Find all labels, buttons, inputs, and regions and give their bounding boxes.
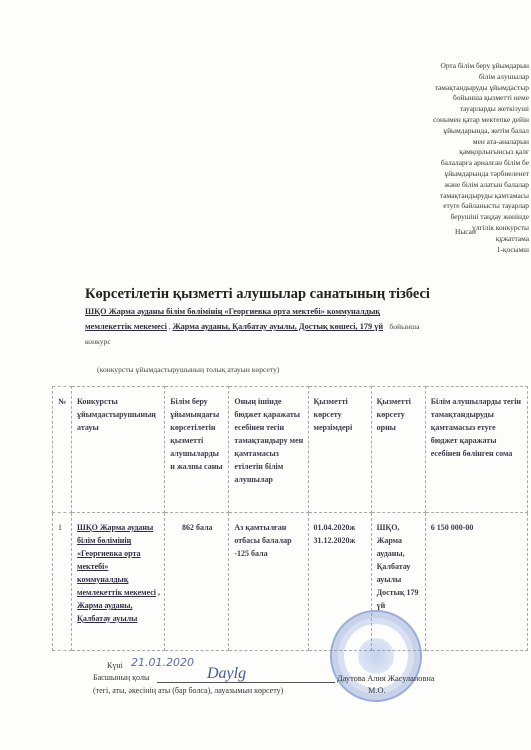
date-label: Күні — [107, 661, 123, 670]
header-num: № — [53, 387, 72, 513]
cell-free-meals: Аз қамтылған отбасы балалар -125 бала — [229, 513, 308, 651]
period-end: 31.12.2020ж — [314, 534, 367, 547]
appendix-line: ұйымдарында, жетім балал — [381, 126, 531, 137]
form-label: Нысан — [455, 227, 476, 236]
head-signature-label: Басшының қолы — [93, 673, 149, 682]
header-total: Білім беру ұйымындағы көрсетілетін қызме… — [165, 387, 229, 513]
period-start: 01.04.2020ж — [314, 521, 367, 534]
appendix-line: ұйымдарында тәрбиеленет — [381, 169, 531, 180]
appendix-line: 1-қосымш — [381, 245, 531, 256]
appendix-line: сонымен қатар мектепке дейін — [381, 115, 531, 126]
appendix-line: бойынша қызметті неме — [381, 93, 531, 104]
cell-separator: , — [156, 588, 160, 597]
signature-hint: (тегі, аты, әкесінің аты (бар болса), ла… — [93, 686, 283, 695]
organizer-address-line: мемлекеттік мекемесі , Жарма ауданы, Қал… — [85, 322, 525, 331]
appendix-line: Орта білім беру ұйымдарын — [381, 61, 531, 72]
cell-total: 862 бала — [165, 513, 229, 651]
organizer-name: ШҚО Жарма ауданы білім бөлімінің «Георги… — [85, 307, 380, 316]
handwritten-signature: Daylg — [207, 665, 246, 683]
konkurs-label: конкурс — [85, 337, 111, 346]
date-value: 21.01.2020 — [131, 656, 194, 669]
organizer-name-cont: мемлекеттік мекемесі — [85, 322, 167, 331]
cell-organizer-name: ШҚО Жарма ауданы білім бөлімінің «Георги… — [77, 523, 156, 597]
cell-amount: 6 150 000-00 — [425, 513, 527, 651]
appendix-line: және білім алатын балалар — [381, 180, 531, 191]
appendix-line: тамақтандыруды қамтамасы — [381, 191, 531, 202]
header-free-meals: Оның ішінде бюджет қаражаты есебінен тег… — [229, 387, 308, 513]
appendix-line: балаларға арналған білім бе — [381, 158, 531, 169]
appendix-line: тамақтандыруды ұйымдастыр — [381, 83, 531, 94]
cell-place: ШҚО, Жарма ауданы, Қалбатау ауылы Достық… — [371, 513, 425, 651]
table-header-row: № Конкурсты ұйымдастырушының атауы Білім… — [53, 387, 528, 513]
appendix-line: берушіні таңдау жөнінде — [381, 212, 531, 223]
cell-num: 1 — [53, 513, 72, 651]
table-row: 1 ШҚО Жарма ауданы білім бөлімінің «Геор… — [53, 513, 528, 651]
suffix: бойынша — [389, 322, 419, 331]
organizer-name-line: ШҚО Жарма ауданы білім бөлімінің «Георги… — [85, 307, 525, 316]
organizer-address: Жарма ауданы, Қалбатау ауылы, Достық көш… — [173, 322, 384, 331]
recipients-table: № Конкурсты ұйымдастырушының атауы Білім… — [52, 386, 528, 651]
signer-name: Даутова Алия Жасулановна — [337, 674, 434, 683]
appendix-line: қамқорлығынсыз қалғ — [381, 147, 531, 158]
cell-period: 01.04.2020ж 31.12.2020ж — [308, 513, 371, 651]
header-place: Қызметті көрсету орны — [371, 387, 425, 513]
appendix-line: мен ата-аналарын — [381, 137, 531, 148]
page-title: Көрсетілетін қызметті алушылар санатының… — [85, 286, 430, 303]
appendix-line: білім алушылар — [381, 72, 531, 83]
seal-label: М.О. — [368, 686, 386, 695]
organizer-hint: (конкурсты ұйымдастырушының толық атауын… — [97, 365, 279, 374]
appendix-line: тауарларды жеткізуші — [381, 104, 531, 115]
header-period: Қызметті көрсету мерзімдері — [308, 387, 371, 513]
appendix-line: етуге байланысты тауарлар — [381, 201, 531, 212]
cell-organizer-address: Жарма ауданы, Қалбатау ауылы — [77, 601, 137, 623]
header-organizer: Конкурсты ұйымдастырушының атауы — [72, 387, 165, 513]
header-amount: Білім алушыларды тегін тамақтандыруды қа… — [425, 387, 527, 513]
cell-organizer: ШҚО Жарма ауданы білім бөлімінің «Георги… — [72, 513, 165, 651]
